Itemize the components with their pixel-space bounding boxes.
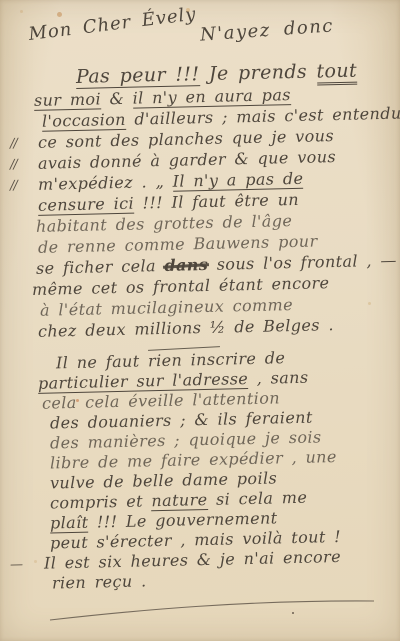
text-segment: nature	[151, 490, 208, 511]
text-segment: se ficher cela	[36, 256, 165, 278]
text-segment: chez deux millions ½ de Belges .	[38, 315, 334, 341]
margin-mark: //	[10, 133, 17, 154]
text-segment: tout	[316, 60, 357, 86]
text-segment: si cela me	[207, 488, 307, 509]
salutation-row: Mon Cher Évely N'ayez donc	[30, 14, 386, 58]
text-segment: , sans	[248, 368, 309, 388]
text-segment: compris et	[50, 491, 152, 512]
text-segment: Pas peur !!!	[76, 63, 200, 89]
text-segment: dans	[164, 255, 208, 275]
text-segment: rien reçu .	[52, 571, 147, 592]
text-segment: Je prends	[199, 61, 317, 86]
margin-mark: //	[10, 175, 17, 196]
text-segment: !!! Il faut être un	[134, 190, 299, 213]
margin-mark: —	[10, 555, 22, 575]
text-segment: censure ici	[38, 194, 134, 216]
text-segment: &	[101, 89, 133, 109]
text-segment: l'occasion	[42, 110, 126, 132]
letter-page: Mon Cher Évely N'ayez donc Pas peur !!! …	[0, 0, 400, 641]
letter-content: Mon Cher Évely N'ayez donc Pas peur !!! …	[0, 0, 400, 594]
letter-lines: Pas peur !!! Je prends toutsur moi & il …	[30, 66, 386, 594]
margin-mark: //	[10, 154, 17, 175]
text-segment: plaît	[50, 513, 89, 534]
salutation: Mon Cher Évely	[27, 4, 197, 45]
opening-phrase: N'ayez donc	[199, 15, 334, 45]
paper-stain	[292, 612, 294, 614]
text-segment: sur moi	[34, 89, 101, 111]
closing-flourish	[28, 592, 380, 626]
text-segment: m'expédiez . „	[38, 172, 173, 194]
